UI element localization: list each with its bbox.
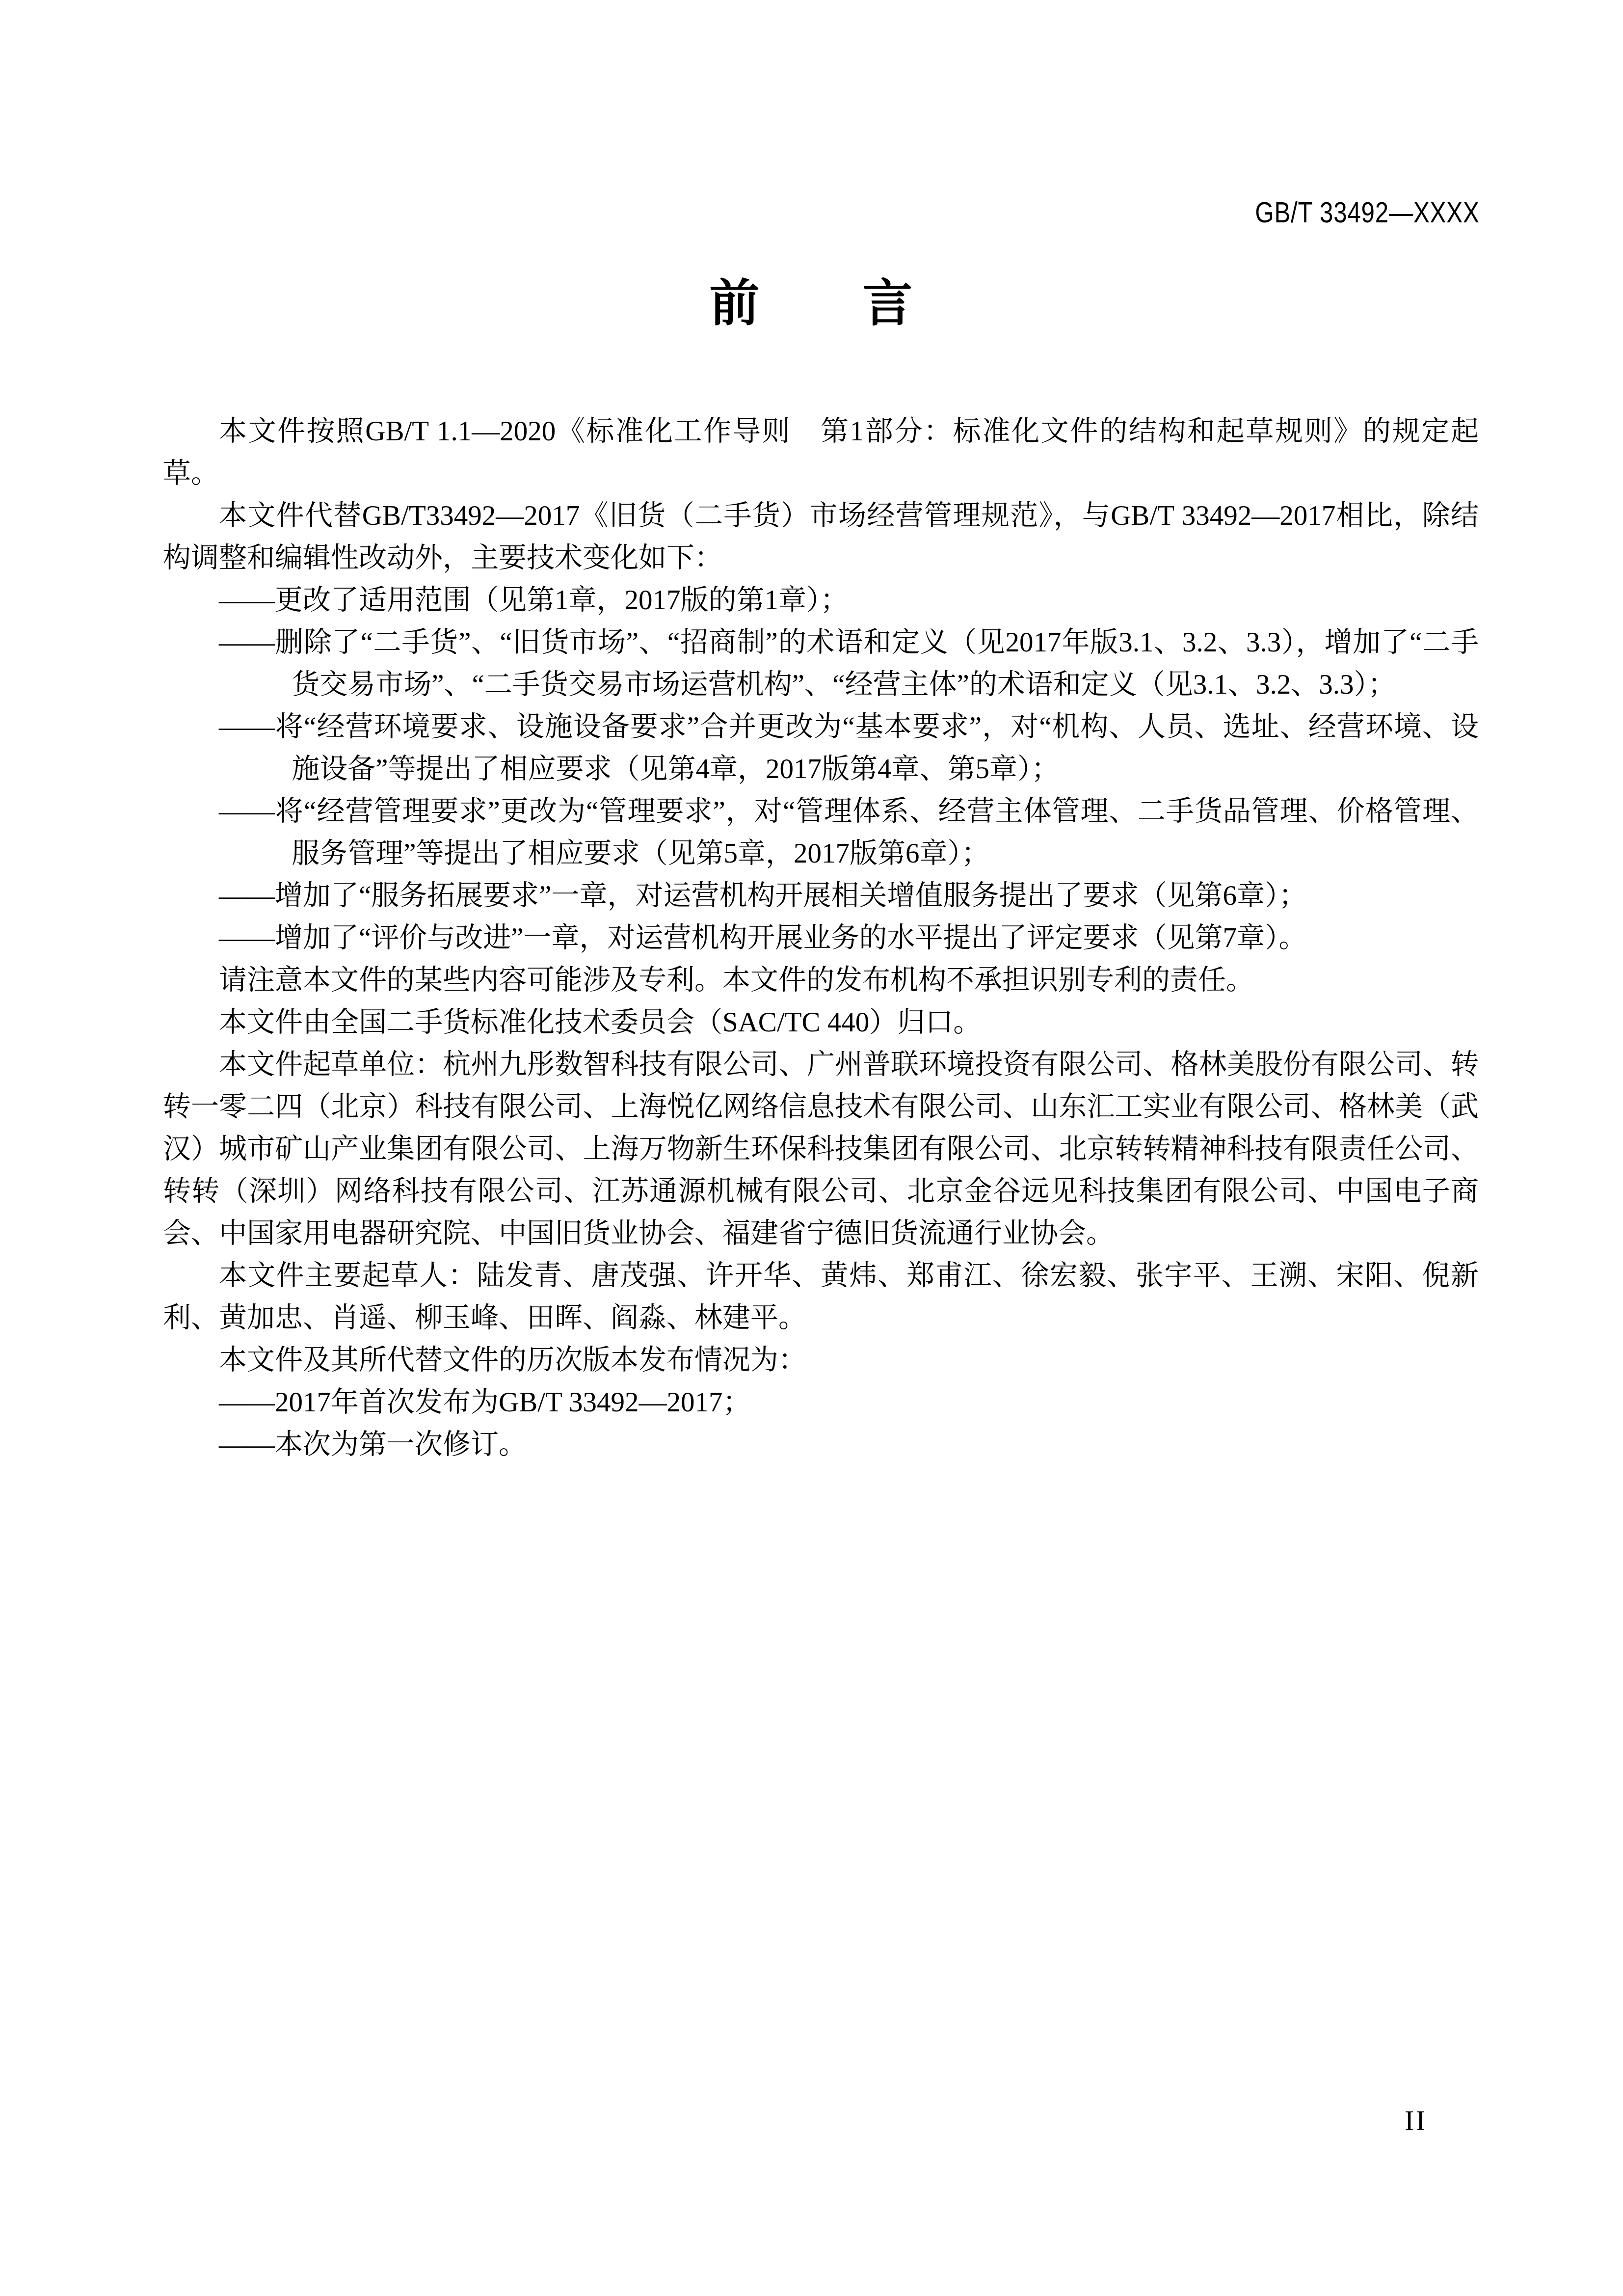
page-number: II xyxy=(1405,2105,1427,2137)
standard-number: GB/T 33492—XXXX xyxy=(1255,195,1480,229)
dash-list-item: ——将“经营环境要求、设施设备要求”合并更改为“基本要求”，对“机构、人员、选址… xyxy=(163,706,1479,790)
foreword-paragraph: 本文件及其所代替文件的历次版本发布情况为： xyxy=(163,1339,1479,1381)
dash-list-item: ——更改了适用范围（见第1章，2017版的第1章）； xyxy=(163,579,1479,621)
foreword-paragraph: 本文件按照GB/T 1.1—2020《标准化工作导则 第1部分：标准化文件的结构… xyxy=(163,410,1479,495)
dash-list-item: ——将“经营管理要求”更改为“管理要求”，对“管理体系、经营主体管理、二手货品管… xyxy=(163,790,1479,875)
foreword-paragraph: 请注意本文件的某些内容可能涉及专利。本文件的发布机构不承担识别专利的责任。 xyxy=(163,959,1479,1001)
dash-list-item: ——本次为第一次修订。 xyxy=(163,1424,1479,1466)
document-page: GB/T 33492—XXXX 前 言 本文件按照GB/T 1.1—2020《标… xyxy=(0,0,1623,2296)
dash-list-item: ——增加了“评价与改进”一章，对运营机构开展业务的水平提出了评定要求（见第7章）… xyxy=(163,917,1479,959)
foreword-paragraph: 本文件代替GB/T33492—2017《旧货（二手货）市场经营管理规范》，与GB… xyxy=(163,495,1479,579)
dash-list-item: ——2017年首次发布为GB/T 33492—2017； xyxy=(163,1381,1479,1424)
page-title: 前 言 xyxy=(0,275,1623,332)
foreword-body: 本文件按照GB/T 1.1—2020《标准化工作导则 第1部分：标准化文件的结构… xyxy=(163,410,1479,1466)
foreword-paragraph: 本文件起草单位：杭州九彤数智科技有限公司、广州普联环境投资有限公司、格林美股份有… xyxy=(163,1044,1479,1255)
dash-list-item: ——删除了“二手货”、“旧货市场”、“招商制”的术语和定义（见2017年版3.1… xyxy=(163,621,1479,706)
dash-list-item: ——增加了“服务拓展要求”一章，对运营机构开展相关增值服务提出了要求（见第6章）… xyxy=(163,875,1479,917)
foreword-paragraph: 本文件主要起草人：陆发青、唐茂强、许开华、黄炜、郑甫江、徐宏毅、张宇平、王溯、宋… xyxy=(163,1255,1479,1339)
foreword-paragraph: 本文件由全国二手货标准化技术委员会（SAC/TC 440）归口。 xyxy=(163,1001,1479,1044)
